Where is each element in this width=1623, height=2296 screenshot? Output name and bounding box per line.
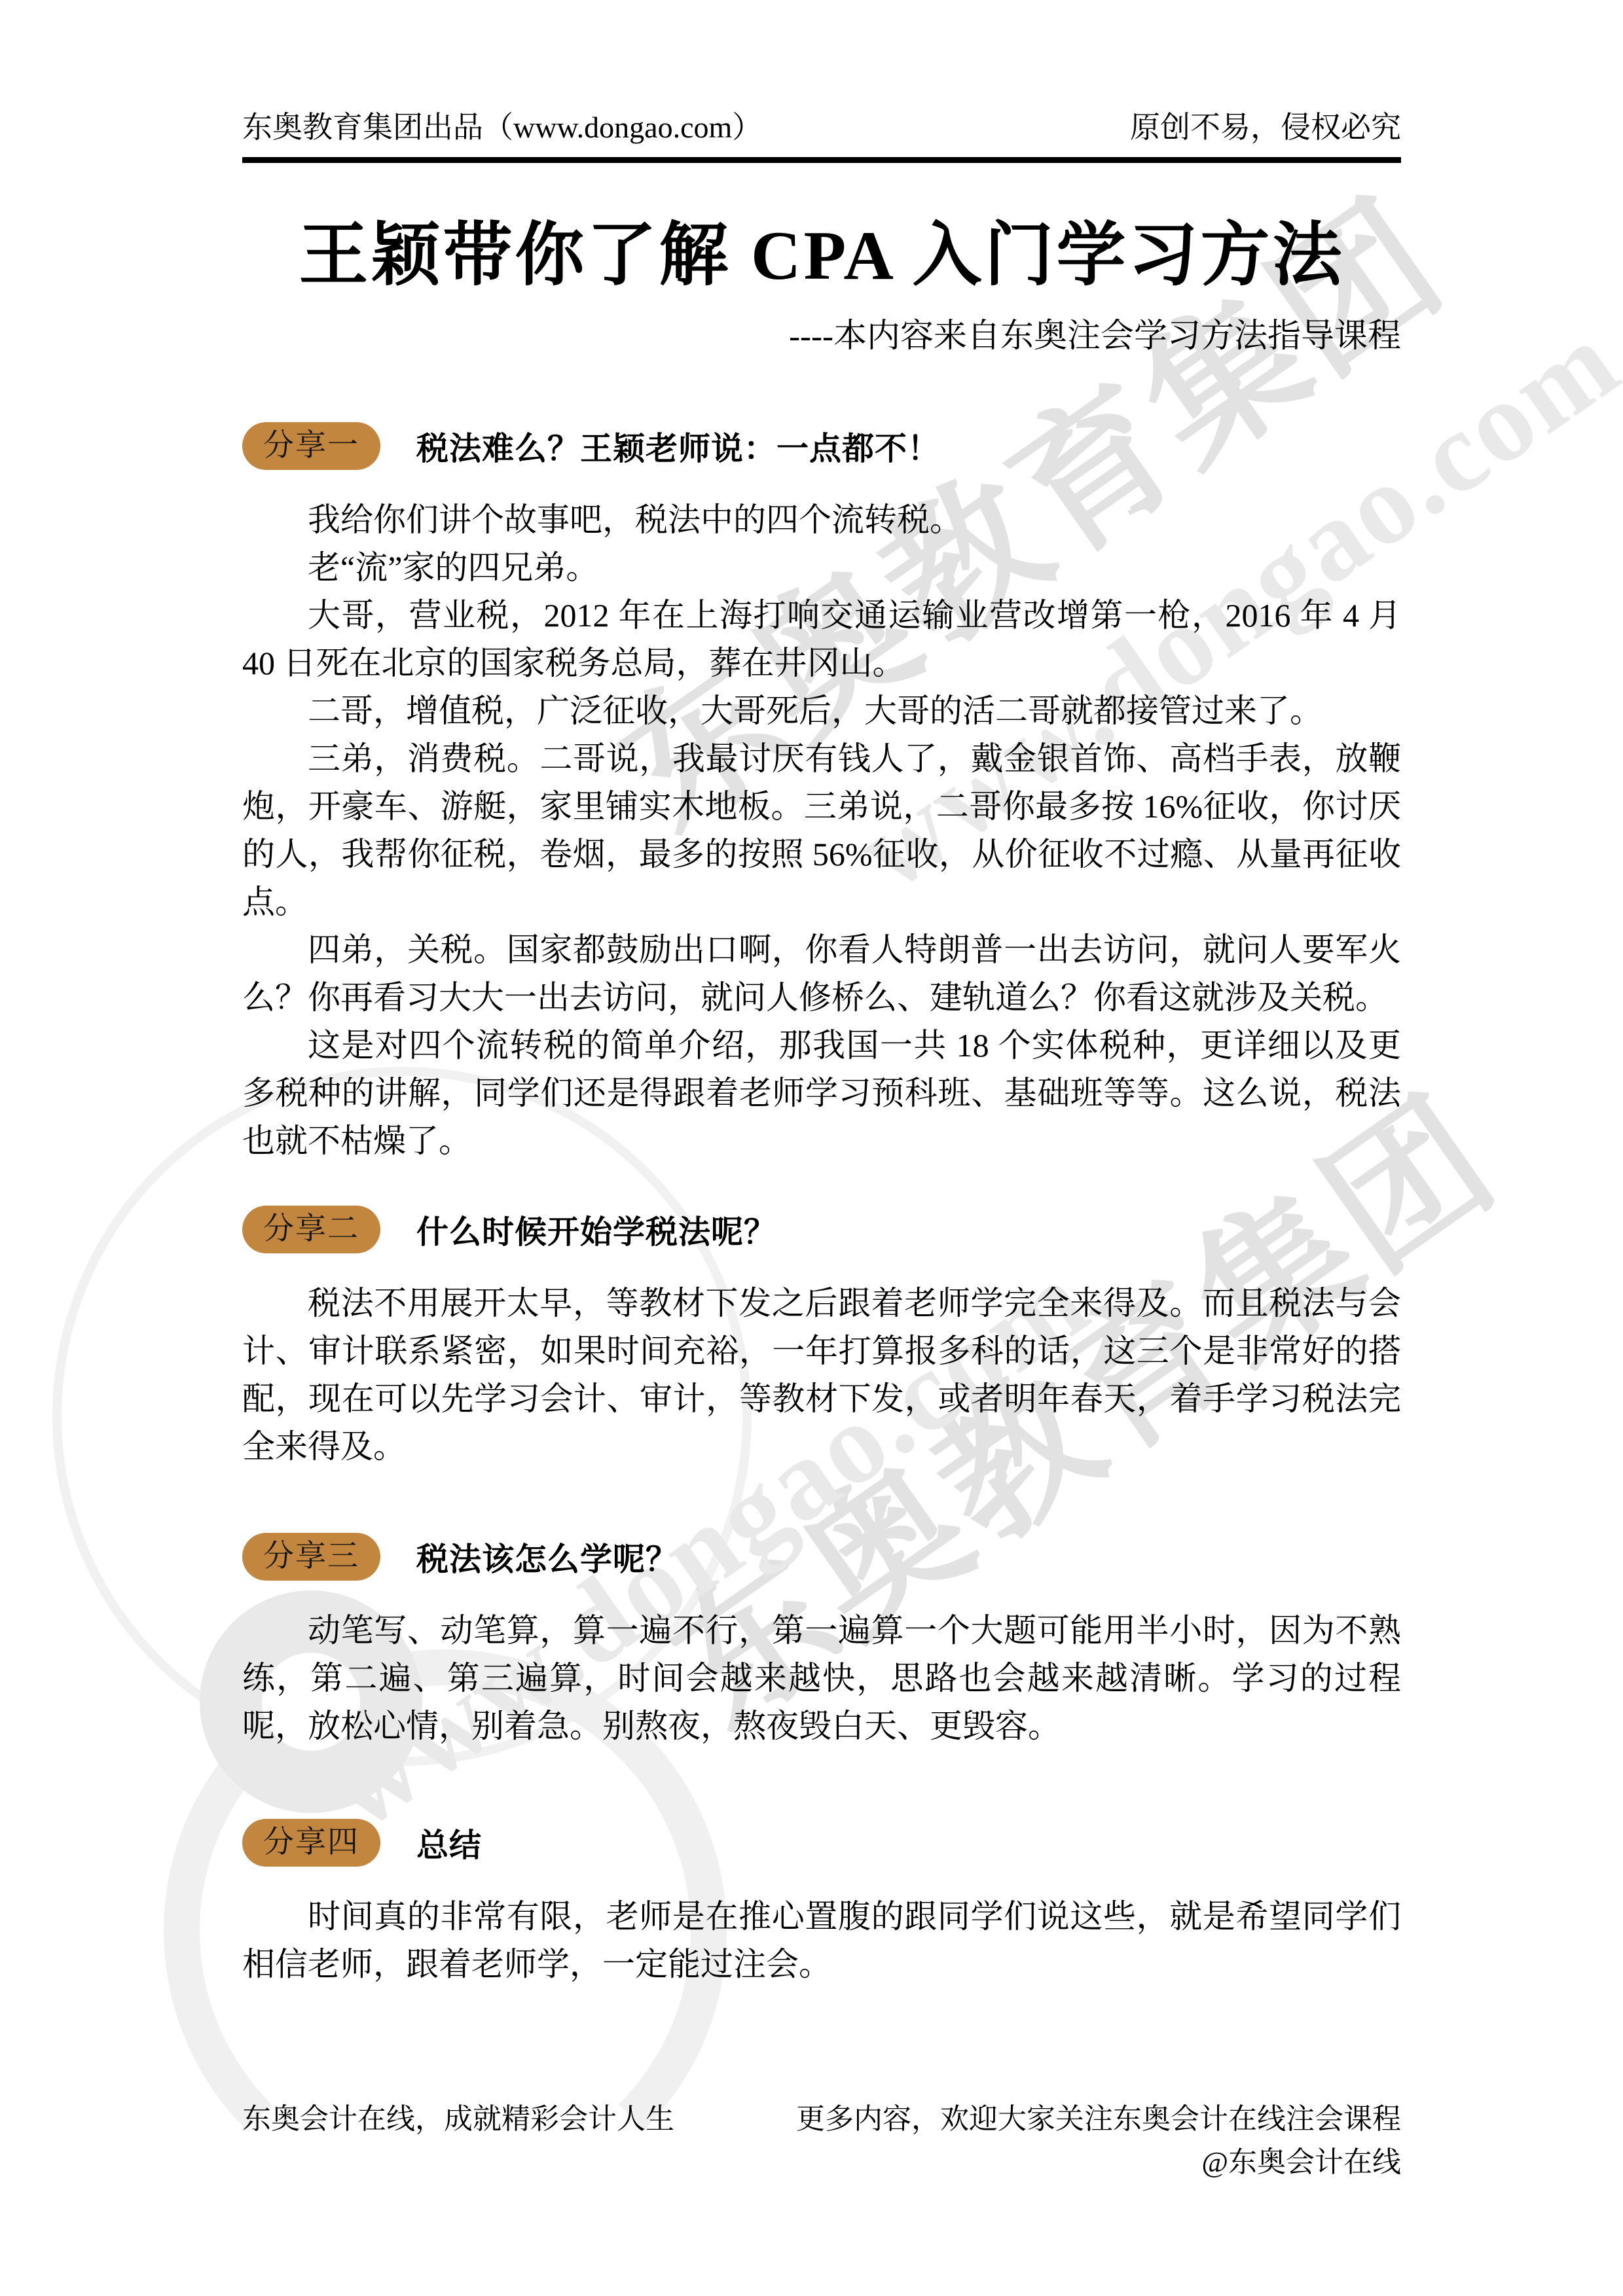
paragraph: 时间真的非常有限，老师是在推心置腹的跟同学们说这些，就是希望同学们相信老师，跟着…: [242, 1893, 1401, 1988]
section-4-header: 分享四 总结: [242, 1819, 1401, 1867]
section-4-heading: 总结: [416, 1820, 482, 1866]
section-4-body: 时间真的非常有限，老师是在推心置腹的跟同学们说这些，就是希望同学们相信老师，跟着…: [242, 1893, 1401, 1988]
paragraph: 老“流”家的四兄弟。: [242, 544, 1401, 592]
page-footer: 东奥会计在线，成就精彩会计人生 更多内容，欢迎大家关注东奥会计在线注会课程 @东…: [242, 2098, 1401, 2184]
section-1-heading: 税法难么？王颖老师说：一点都不！: [416, 423, 940, 469]
footer-account-handle: @东奥会计在线: [1201, 2146, 1401, 2178]
section-share-4: 分享四 总结 时间真的非常有限，老师是在推心置腹的跟同学们说这些，就是希望同学们…: [242, 1819, 1401, 1988]
header-copyright-notice: 原创不易，侵权必究: [1130, 103, 1401, 147]
page-title: 王颖带你了解 CPA 入门学习方法: [242, 200, 1401, 299]
section-2-body: 税法不用展开太早，等教材下发之后跟着老师学完全来得及。而且税法与会计、审计联系紧…: [242, 1280, 1401, 1471]
document-page: 东奥教育集团 www.dongao.com 东奥教育集团 www.dongao.…: [0, 0, 1623, 2296]
paragraph: 大哥，营业税，2012 年在上海打响交通运输业营改增第一枪，2016 年 4 月…: [242, 592, 1401, 687]
section-3-header: 分享三 税法该怎么学呢？: [242, 1533, 1401, 1581]
document-content: 东奥教育集团出品（www.dongao.com） 原创不易，侵权必究 王颖带你了…: [0, 103, 1623, 1988]
section-share-2: 分享二 什么时候开始学税法呢？ 税法不用展开太早，等教材下发之后跟着老师学完全来…: [242, 1206, 1401, 1471]
paragraph: 我给你们讲个故事吧，税法中的四个流转税。: [242, 496, 1401, 544]
section-3-badge: 分享三: [242, 1533, 380, 1581]
section-share-3: 分享三 税法该怎么学呢？ 动笔写、动笔算，算一遍不行，第一遍算一个大题可能用半小…: [242, 1533, 1401, 1750]
paragraph: 四弟，关税。国家都鼓励出口啊，你看人特朗普一出去访问，就问人要军火么？你再看习大…: [242, 926, 1401, 1022]
header-brand: 东奥教育集团出品（www.dongao.com）: [242, 103, 762, 147]
header-rule: [242, 157, 1401, 163]
paragraph: 这是对四个流转税的简单介绍，那我国一共 18 个实体税种，更详细以及更多税种的讲…: [242, 1022, 1401, 1165]
paragraph: 二哥，增值税，广泛征收，大哥死后，大哥的活二哥就都接管过来了。: [242, 687, 1401, 735]
section-2-heading: 什么时候开始学税法呢？: [416, 1207, 776, 1253]
paragraph: 三弟，消费税。二哥说，我最讨厌有钱人了，戴金银首饰、高档手表，放鞭炮，开豪车、游…: [242, 735, 1401, 926]
section-1-badge: 分享一: [242, 422, 380, 470]
section-3-body: 动笔写、动笔算，算一遍不行，第一遍算一个大题可能用半小时，因为不熟练，第二遍、第…: [242, 1607, 1401, 1750]
page-header: 东奥教育集团出品（www.dongao.com） 原创不易，侵权必究: [242, 103, 1401, 147]
section-3-heading: 税法该怎么学呢？: [416, 1534, 678, 1580]
section-2-badge: 分享二: [242, 1206, 380, 1253]
footer-follow-line: 更多内容，欢迎大家关注东奥会计在线注会课程: [796, 2103, 1401, 2135]
section-1-header: 分享一 税法难么？王颖老师说：一点都不！: [242, 422, 1401, 470]
section-1-body: 我给你们讲个故事吧，税法中的四个流转税。 老“流”家的四兄弟。 大哥，营业税，2…: [242, 496, 1401, 1165]
paragraph: 动笔写、动笔算，算一遍不行，第一遍算一个大题可能用半小时，因为不熟练，第二遍、第…: [242, 1607, 1401, 1750]
section-4-badge: 分享四: [242, 1819, 380, 1867]
paragraph: 税法不用展开太早，等教材下发之后跟着老师学完全来得及。而且税法与会计、审计联系紧…: [242, 1280, 1401, 1471]
footer-slogan: 东奥会计在线，成就精彩会计人生: [242, 2098, 674, 2141]
page-subtitle: ----本内容来自东奥注会学习方法指导课程: [242, 308, 1401, 357]
section-share-1: 分享一 税法难么？王颖老师说：一点都不！ 我给你们讲个故事吧，税法中的四个流转税…: [242, 422, 1401, 1165]
footer-follow-info: 更多内容，欢迎大家关注东奥会计在线注会课程 @东奥会计在线: [796, 2098, 1401, 2184]
section-2-header: 分享二 什么时候开始学税法呢？: [242, 1206, 1401, 1253]
